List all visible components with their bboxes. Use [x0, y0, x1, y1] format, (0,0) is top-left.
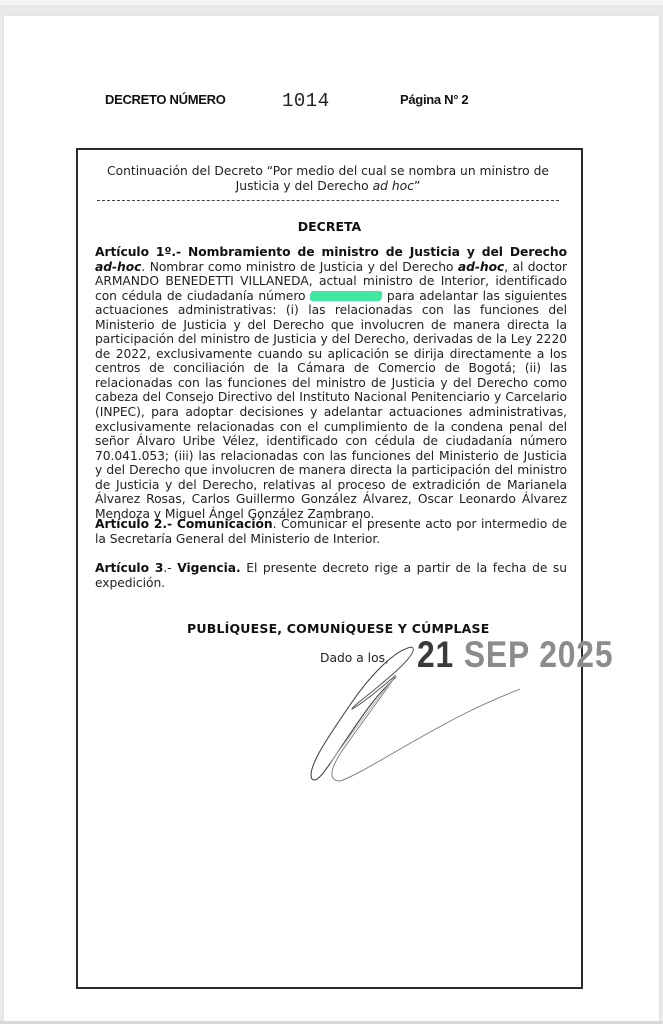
- decree-number-label: DECRETO NÚMERO: [105, 92, 226, 107]
- article-3-title: Vigencia.: [177, 561, 240, 575]
- decreta-heading: DECRETA: [76, 219, 583, 234]
- article-2: Artículo 2.- Comunicación. Comunicar el …: [95, 517, 567, 546]
- article-1-text-a: . Nombrar como ministro de Justicia y de…: [141, 260, 457, 274]
- signature-icon: [300, 645, 540, 785]
- continuation-italic: ad hoc: [373, 179, 414, 193]
- article-3: Artículo 3.- Vigencia. El presente decre…: [95, 561, 567, 590]
- continuation-close: ”: [414, 179, 420, 193]
- article-1: Artículo 1º.- Nombramiento de ministro d…: [95, 245, 567, 521]
- article-1-emphasis: ad-hoc: [458, 260, 504, 274]
- continuation-text: Continuación del Decreto “Por medio del …: [107, 164, 549, 193]
- article-2-heading: Artículo 2.- Comunicación: [95, 517, 273, 531]
- decree-number: 1014: [282, 90, 330, 112]
- redaction-mark: [310, 291, 383, 301]
- page-number: Página N° 2: [400, 92, 468, 107]
- viewer-top-strip: [0, 0, 663, 5]
- dashed-divider: [97, 200, 559, 201]
- article-1-heading: Artículo 1º.- Nombramiento de ministro d…: [95, 245, 567, 259]
- continuation-title: Continuación del Decreto “Por medio del …: [90, 164, 566, 194]
- article-1-heading-italic: ad-hoc: [95, 260, 141, 274]
- article-1-text-c: para adelantar las siguientes actuacione…: [95, 289, 567, 521]
- article-3-heading: Artículo 3: [95, 561, 163, 575]
- article-3-sep: .-: [163, 561, 177, 575]
